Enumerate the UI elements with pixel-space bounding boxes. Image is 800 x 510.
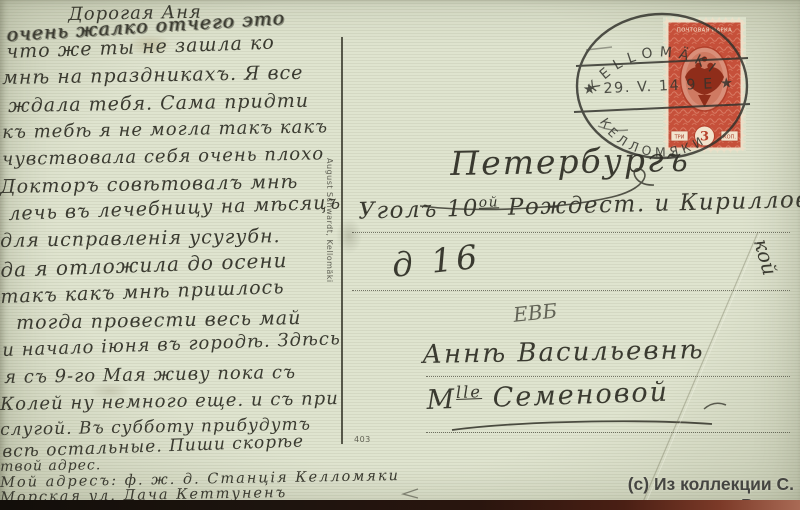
recipient-name-line: Аннѣ Васильевнѣ [422, 335, 705, 370]
message-line: для исправленія усугубн. [0, 225, 281, 252]
stamp-left-label: ТРИ [674, 135, 685, 141]
message-line: Колей ну немного еще. и съ при [0, 388, 339, 415]
mademoiselle-prefix: М [426, 384, 457, 416]
message-line: къ тебѣ я не могла такъ какъ [2, 116, 328, 143]
postmark-smudge [598, 126, 628, 131]
surname-underline [452, 421, 712, 430]
mademoiselle-superscript: lle [456, 382, 483, 402]
stamp-art: ПОЧТОВАЯ МАРКА ТРИ КОП. 3 [663, 17, 746, 153]
message-line: ждала тебя. Сама придти [8, 90, 309, 117]
address-rule-line [352, 290, 790, 291]
message-line: чувствовала себя очень плохо [2, 143, 324, 170]
divider-line [341, 37, 343, 444]
postmark-smudge [586, 47, 612, 50]
stamp-value: 3 [700, 130, 709, 145]
postage-stamp: ПОЧТОВАЯ МАРКА ТРИ КОП. 3 [663, 17, 746, 153]
message-line: твой адрес. [0, 457, 101, 475]
address-honorific: ЕВБ [512, 298, 558, 326]
message-line: мнѣ на праздникахъ. Я все [2, 62, 304, 89]
address-city: Петербургъ [450, 140, 690, 183]
publisher-imprint: August Schwardt, Kellomäki [321, 158, 334, 343]
postcard: August Schwardt, Kellomäki 403 Дорогая А… [0, 0, 800, 510]
address-corner-text: Уголъ 10 [358, 195, 479, 224]
crease-highlight [643, 234, 760, 510]
plate-number: 403 [354, 435, 371, 444]
address-corner-rest: Рождест. и Кирилловс [499, 186, 800, 221]
recipient-surname: Семеновой [482, 377, 670, 415]
crease-line [640, 232, 758, 509]
scan-edge-strip [0, 500, 800, 510]
address-house-line: д 16 [390, 237, 483, 285]
address-corner-tail: кой [749, 236, 782, 278]
address-corner-superscript: ой [479, 194, 500, 211]
message-line: такъ какъ мнѣ пришлось [0, 276, 285, 308]
stamp-top-inscription: ПОЧТОВАЯ МАРКА [677, 28, 732, 34]
stamp-right-label: КОП. [723, 135, 736, 141]
address-corner-line: Уголъ 10ой Рождест. и Кирилловс [358, 186, 800, 225]
paper-creases [640, 232, 760, 510]
address-rule-line [426, 432, 790, 433]
surname-tilde [704, 403, 726, 409]
message-line: тогда провести весь май [16, 307, 302, 334]
mademoiselle-line: Мlle Семеновой [426, 376, 670, 416]
pencil-mark [403, 489, 418, 498]
address-rule-line [352, 232, 790, 233]
message-line: я съ 9-го Мая живу пока съ [4, 362, 296, 388]
